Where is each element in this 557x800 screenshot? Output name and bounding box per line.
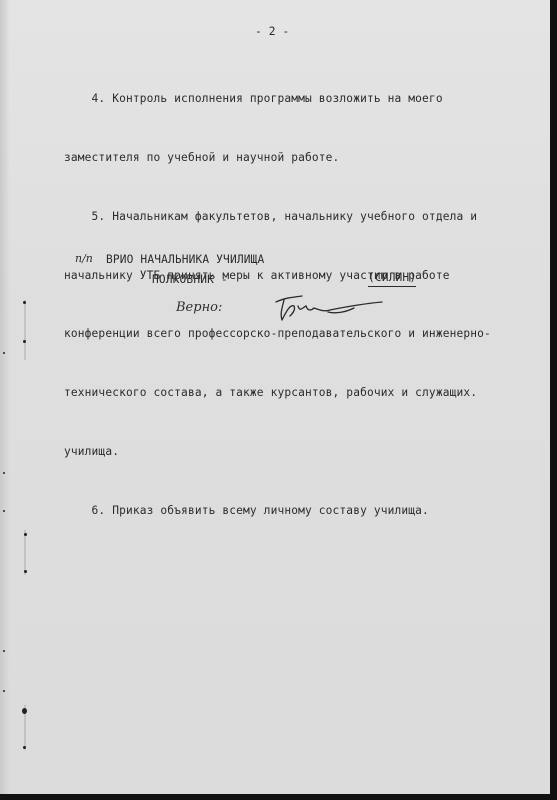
signatory-name: (СИЛИН) xyxy=(368,270,416,287)
binding-hole xyxy=(24,533,27,536)
margin-speck xyxy=(3,472,5,474)
page-number: - 2 - xyxy=(255,22,289,42)
text-line: 5. Начальникам факультетов, начальнику у… xyxy=(64,207,491,227)
crease-mark xyxy=(24,300,26,360)
text-line: технического состава, а также курсантов,… xyxy=(64,383,491,403)
text-line: заместителя по учебной и научной работе. xyxy=(64,148,491,168)
document-page: - 2 - 4. Контроль исполнения программы в… xyxy=(0,0,550,794)
text-line: 6. Приказ объявить всему личному составу… xyxy=(64,501,491,521)
pp-mark: п/п xyxy=(75,252,93,265)
margin-speck xyxy=(3,690,5,692)
margin-speck xyxy=(3,352,5,354)
binding-hole xyxy=(22,708,27,714)
binding-hole xyxy=(24,570,27,573)
binding-hole xyxy=(23,301,26,304)
signatory-rank: ПОЛКОВНИК - xyxy=(152,270,228,290)
binding-hole xyxy=(23,746,26,749)
handwritten-signature-icon xyxy=(270,290,390,326)
text-line: конференции всего профессорско-преподава… xyxy=(64,324,491,344)
signatory-title: ВРИО НАЧАЛЬНИКА УЧИЛИЩА xyxy=(106,250,264,270)
margin-speck xyxy=(3,650,5,652)
text-line: училища. xyxy=(64,442,491,462)
certified-label: Верно: xyxy=(176,300,222,315)
binding-hole xyxy=(23,340,26,343)
text-line: 4. Контроль исполнения программы возложи… xyxy=(64,89,491,109)
margin-speck xyxy=(3,510,5,512)
crease-mark xyxy=(24,530,26,575)
